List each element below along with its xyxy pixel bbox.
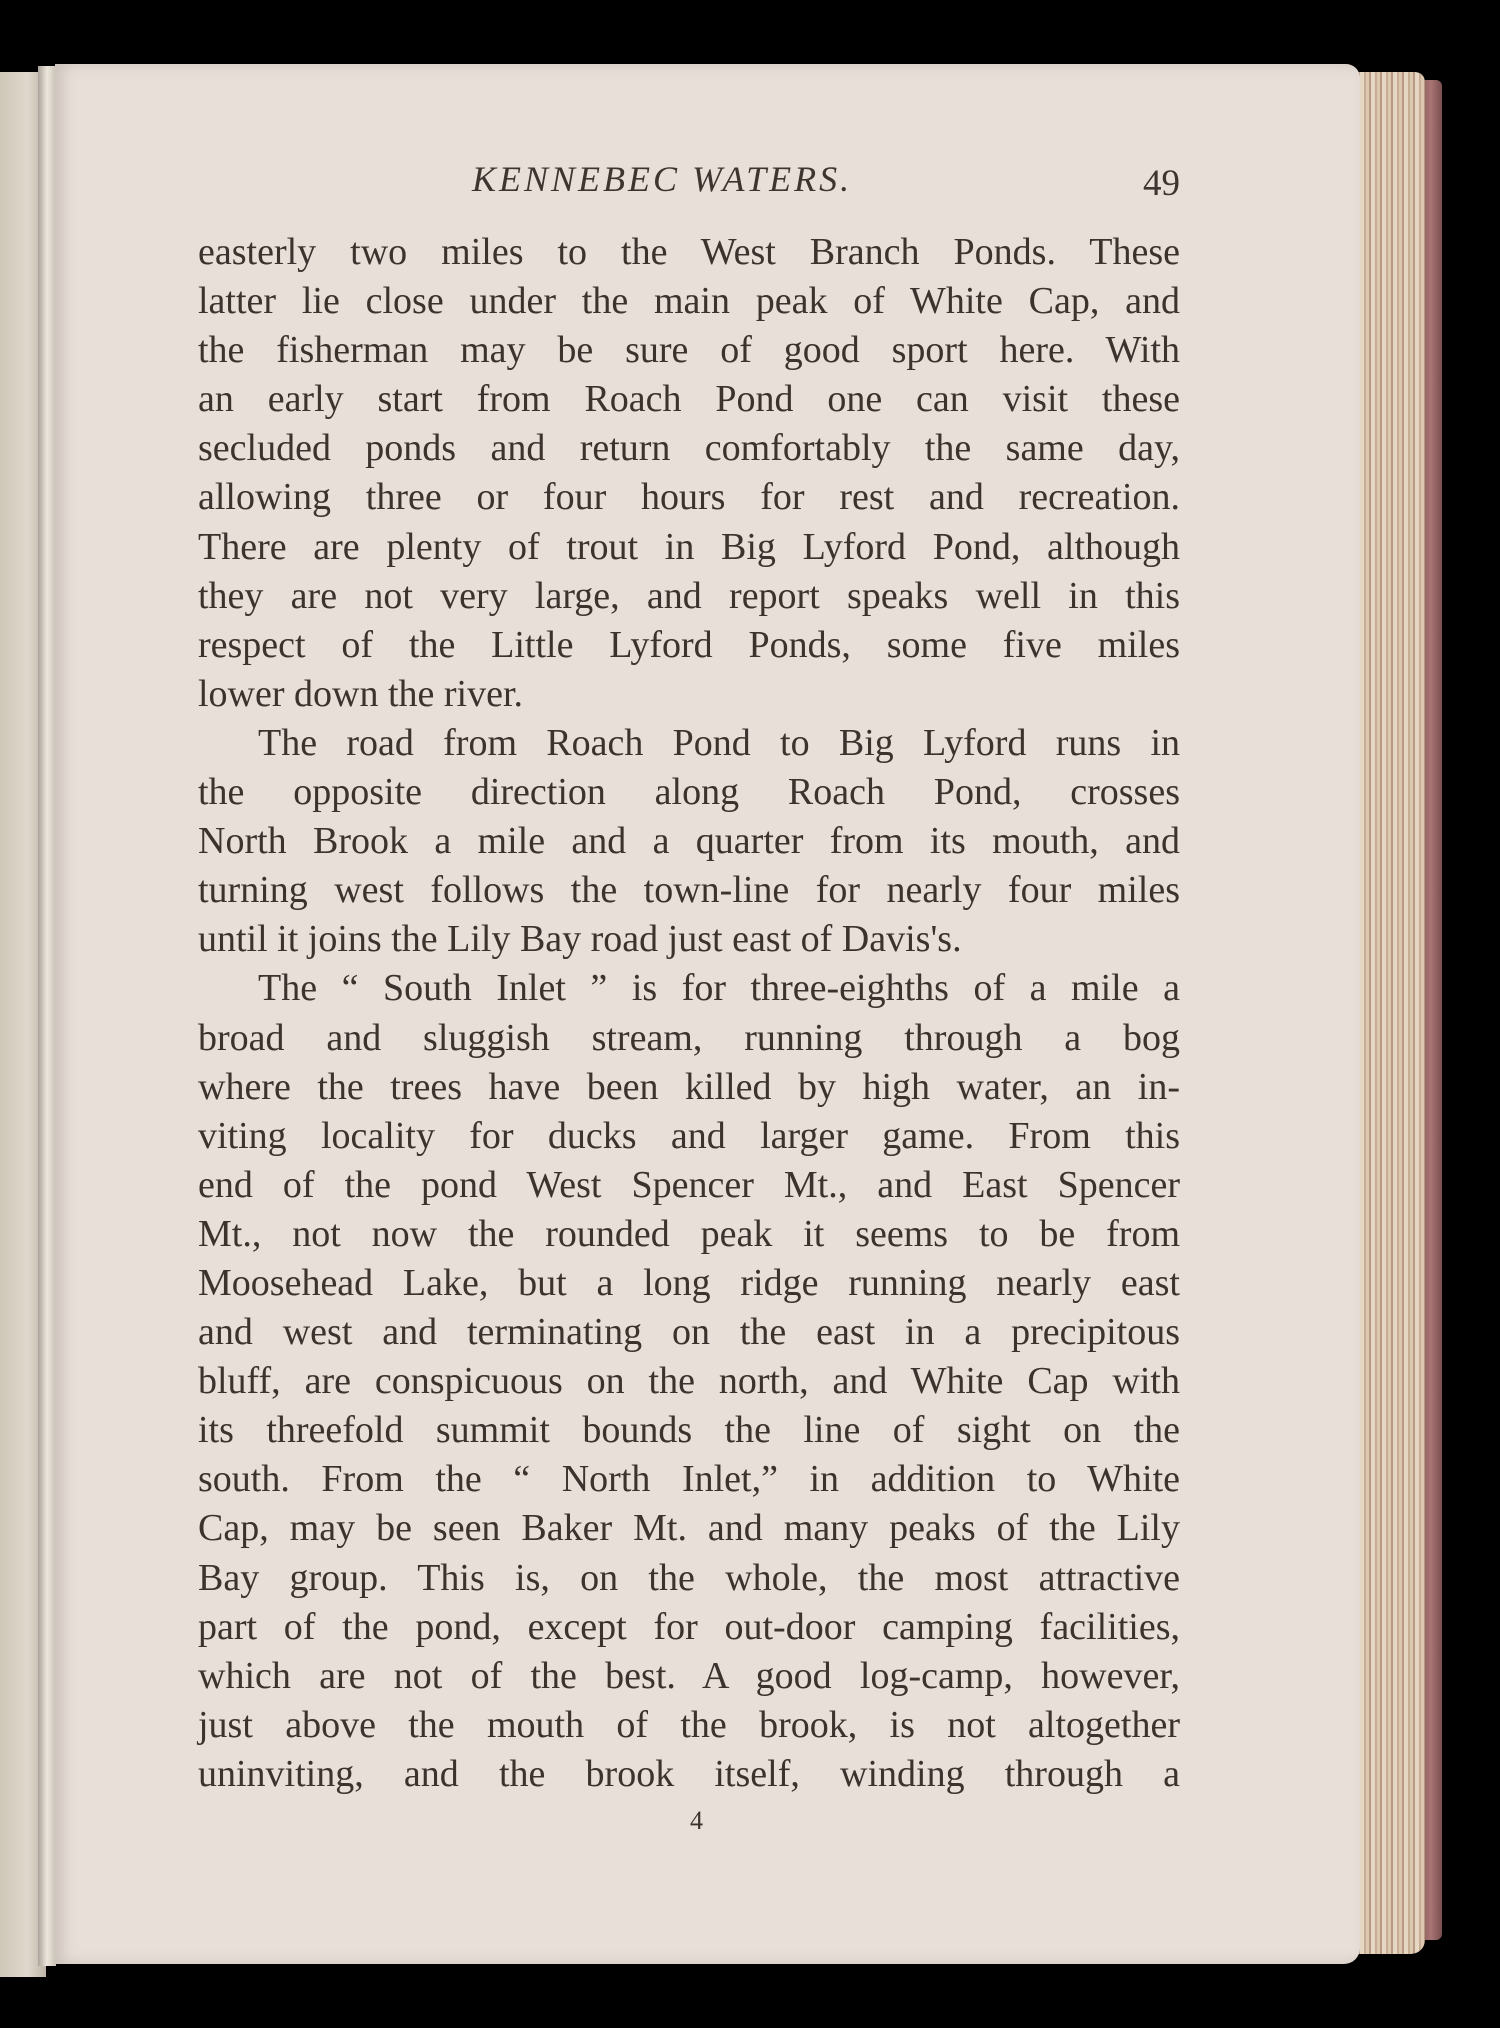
text-line: latter lie close under the main peak of … <box>198 277 1180 326</box>
text-line: the opposite direction along Roach Pond,… <box>198 768 1180 817</box>
page-header: KENNEBEC WATERS. 49 <box>200 158 1180 208</box>
text-line: its threefold summit bounds the line of … <box>198 1406 1180 1455</box>
page-number: 49 <box>1143 162 1180 205</box>
body-text: easterly two miles to the West Branch Po… <box>198 228 1180 1799</box>
text-line: Bay group. This is, on the whole, the mo… <box>198 1554 1180 1603</box>
text-line: an early start from Roach Pond one can v… <box>198 375 1180 424</box>
text-line: secluded ponds and return comfortably th… <box>198 424 1180 473</box>
text-line: Mt., not now the rounded peak it seems t… <box>198 1210 1180 1259</box>
text-line: There are plenty of trout in Big Lyford … <box>198 523 1180 572</box>
text-line: which are not of the best. A good log-ca… <box>198 1652 1180 1701</box>
text-line: easterly two miles to the West Branch Po… <box>198 228 1180 277</box>
book-gutter <box>38 66 56 1966</box>
text-line: uninviting, and the brook itself, windin… <box>198 1750 1180 1799</box>
text-line: where the trees have been killed by high… <box>198 1063 1180 1112</box>
text-line: bluff, are conspicuous on the north, and… <box>198 1357 1180 1406</box>
text-line: allowing three or four hours for rest an… <box>198 473 1180 522</box>
text-line: south. From the “ North Inlet,” in addit… <box>198 1455 1180 1504</box>
text-line: and west and terminating on the east in … <box>198 1308 1180 1357</box>
text-line: lower down the river. <box>198 670 1180 719</box>
text-line: Moosehead Lake, but a long ridge running… <box>198 1259 1180 1308</box>
text-line: just above the mouth of the brook, is no… <box>198 1701 1180 1750</box>
paragraph-start-line: The “ South Inlet ” is for three-eighths… <box>198 964 1180 1013</box>
running-head: KENNEBEC WATERS. <box>472 158 852 200</box>
signature-mark: 4 <box>690 1806 703 1836</box>
text-line: the fisherman may be sure of good sport … <box>198 326 1180 375</box>
paragraph-start-line: The road from Roach Pond to Big Lyford r… <box>198 719 1180 768</box>
text-line: North Brook a mile and a quarter from it… <box>198 817 1180 866</box>
text-line: part of the pond, except for out-door ca… <box>198 1603 1180 1652</box>
text-line: until it joins the Lily Bay road just ea… <box>198 915 1180 964</box>
text-line: broad and sluggish stream, running throu… <box>198 1014 1180 1063</box>
text-line: they are not very large, and report spea… <box>198 572 1180 621</box>
text-line: turning west follows the town-line for n… <box>198 866 1180 915</box>
text-line: Cap, may be seen Baker Mt. and many peak… <box>198 1504 1180 1553</box>
page-fore-edges <box>1355 72 1425 1954</box>
text-line: respect of the Little Lyford Ponds, some… <box>198 621 1180 670</box>
text-line: viting locality for ducks and larger gam… <box>198 1112 1180 1161</box>
text-line: end of the pond West Spencer Mt., and Ea… <box>198 1161 1180 1210</box>
